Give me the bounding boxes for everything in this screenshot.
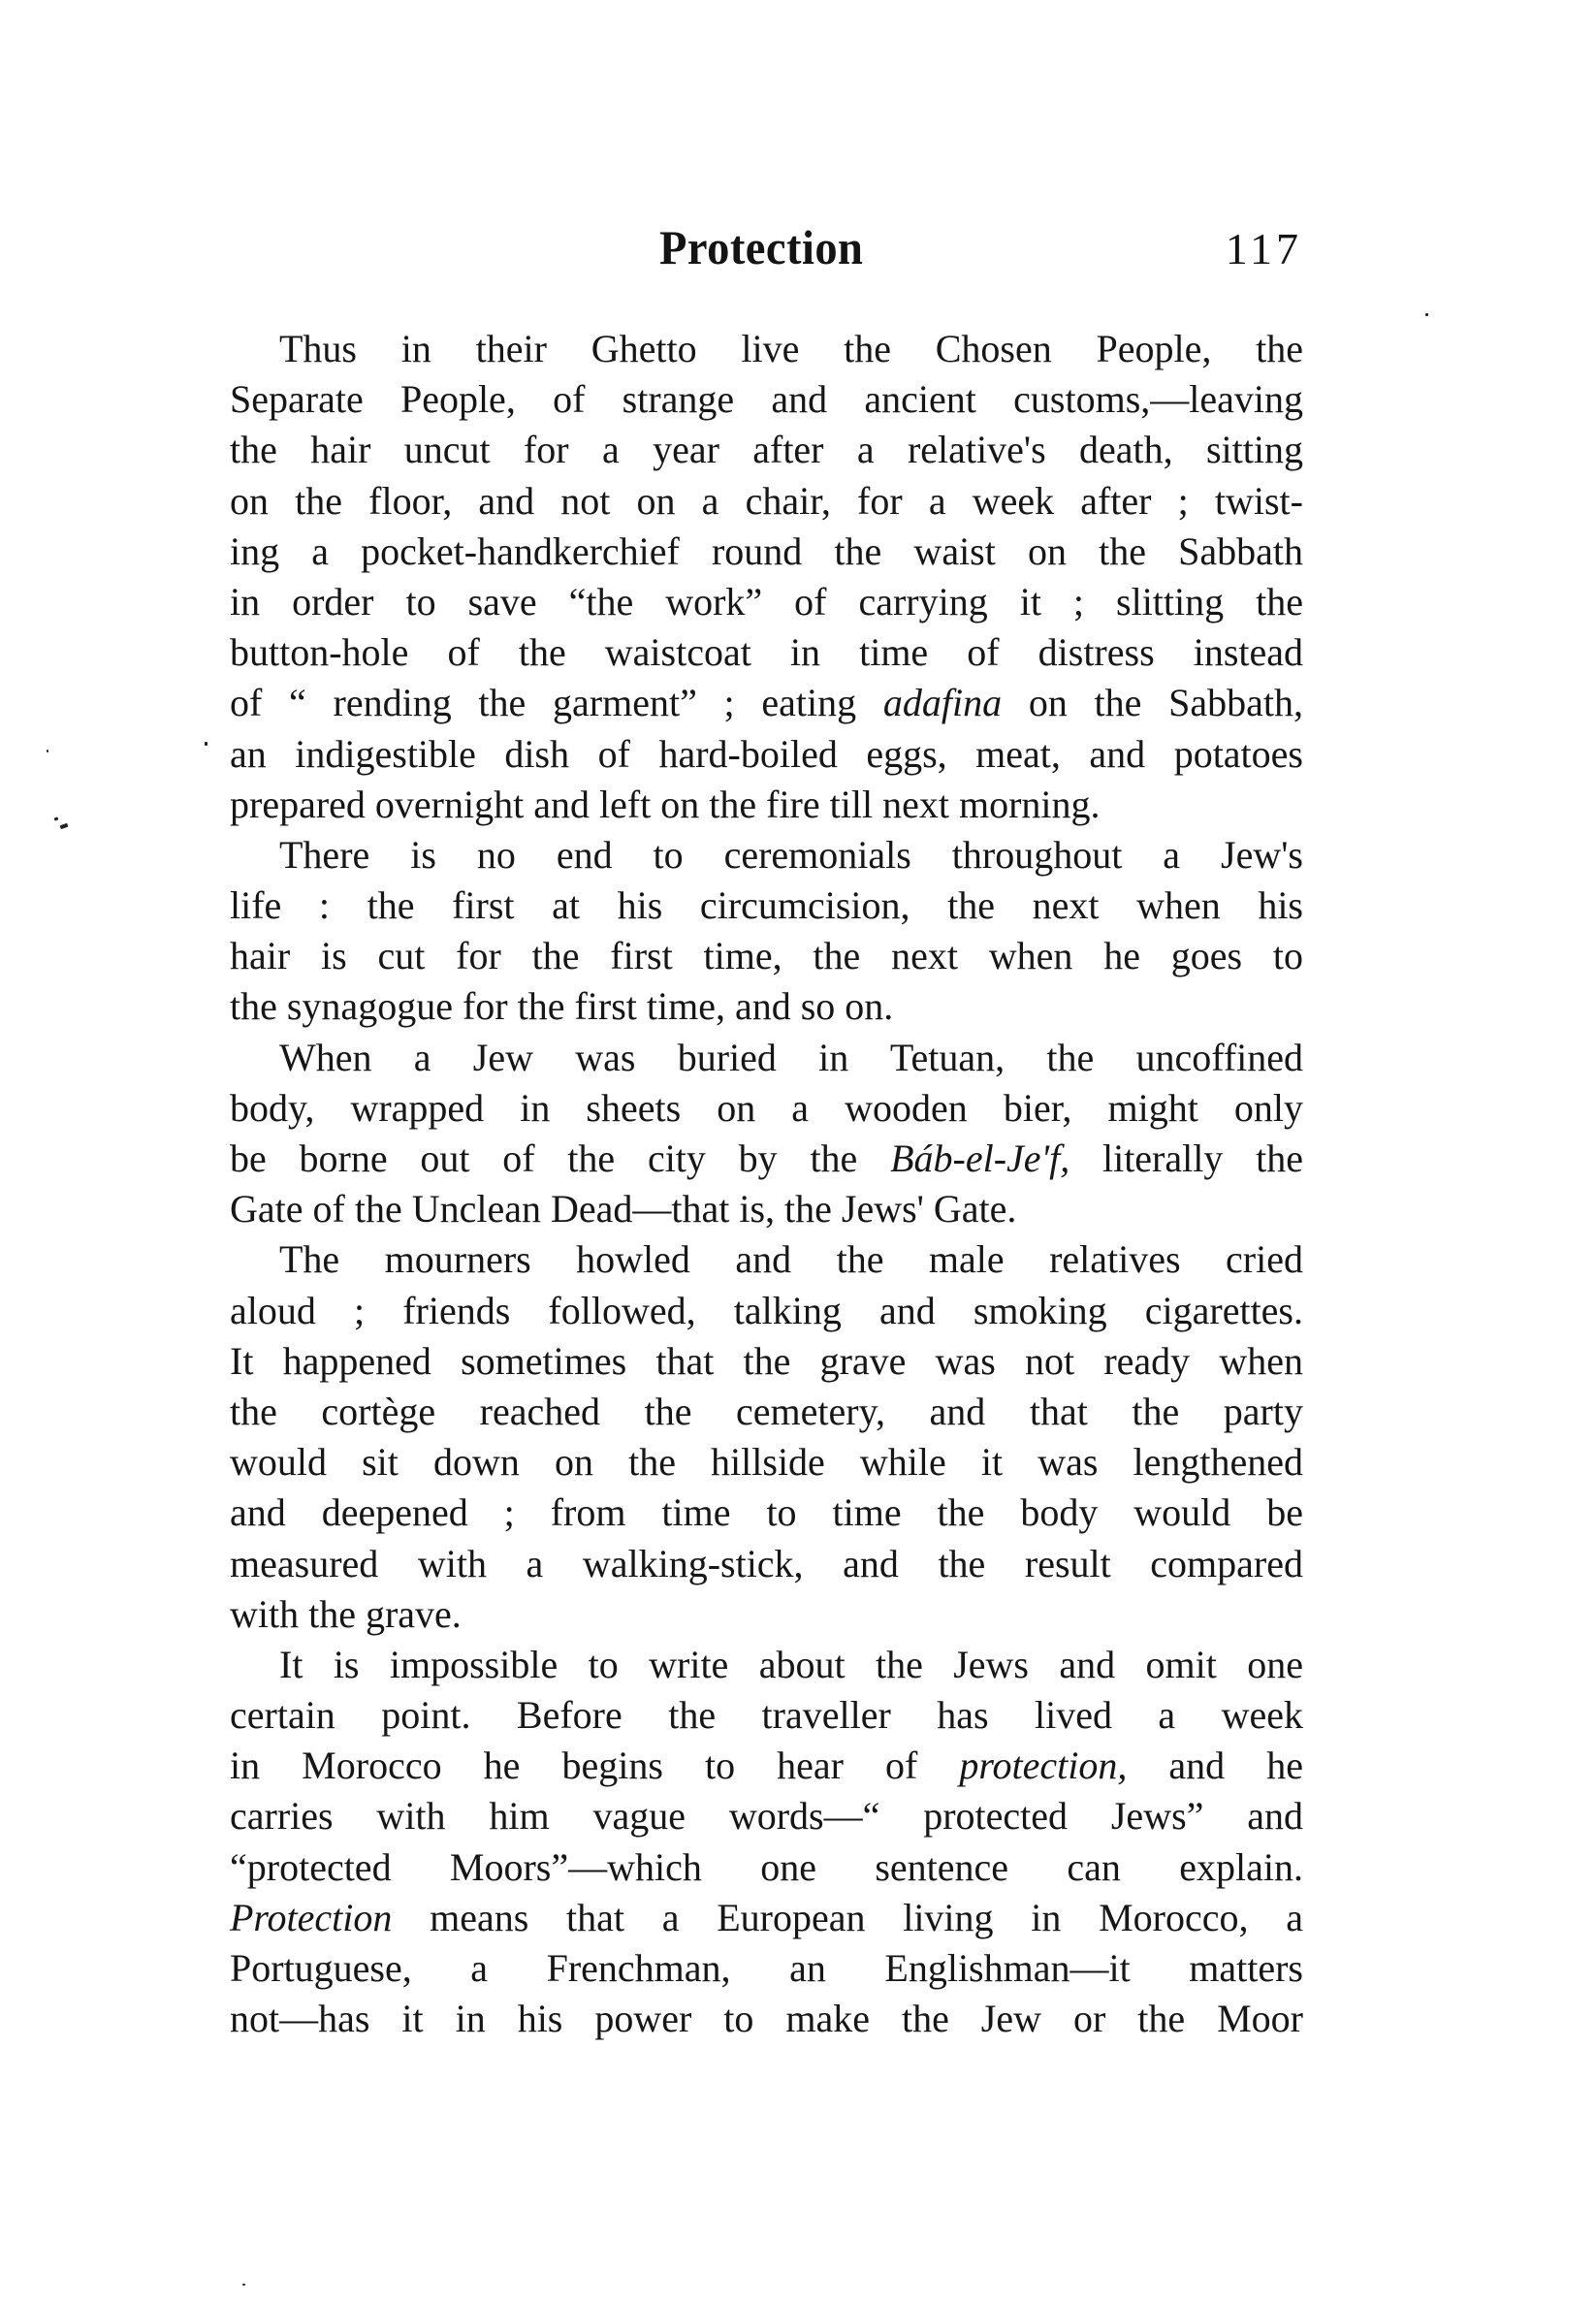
text-line: Protection means that a European living … — [230, 1893, 1303, 1943]
scan-speck — [60, 823, 69, 829]
text-line: There is no end to ceremonials throughou… — [230, 830, 1303, 880]
text-line: ing a pocket-handkerchief round the wais… — [230, 527, 1303, 577]
text-line: It happened sometimes that the grave was… — [230, 1336, 1303, 1387]
italic-term: Báb-el-Je'f, — [890, 1136, 1069, 1180]
text-line: aloud ; friends followed, talking and sm… — [230, 1286, 1303, 1336]
text-run: and he — [1127, 1744, 1303, 1787]
italic-term: protection, — [959, 1744, 1127, 1787]
text-run: in Morocco he begins to hear of — [230, 1744, 959, 1787]
text-line: The mourners howled and the male relativ… — [230, 1234, 1303, 1285]
text-line: button-hole of the waistcoat in time of … — [230, 627, 1303, 678]
text-run: literally the — [1069, 1136, 1303, 1180]
text-line: on the floor, and not on a chair, for a … — [230, 476, 1303, 527]
text-line: Portuguese, a Frenchman, an Englishman—i… — [230, 1943, 1303, 1994]
text-line: with the grave. — [230, 1589, 1303, 1640]
text-line: hair is cut for the first time, the next… — [230, 931, 1303, 981]
paragraph: The mourners howled and the male relativ… — [230, 1234, 1303, 1640]
book-page: Protection 117 Thus in their Ghetto live… — [0, 0, 1596, 2304]
text-run: be borne out of the city by the — [230, 1136, 890, 1180]
paragraph: Thus in their Ghetto live the Chosen Peo… — [230, 324, 1303, 830]
text-run: on the Sabbath, — [1002, 681, 1303, 724]
text-line: body, wrapped in sheets on a wooden bier… — [230, 1083, 1303, 1134]
text-line: be borne out of the city by the Báb-el-J… — [230, 1134, 1303, 1184]
text-line: of “ rending the garment” ; eating adafi… — [230, 678, 1303, 728]
scan-speck — [205, 742, 207, 746]
text-line: an indigestible dish of hard-boiled eggs… — [230, 729, 1303, 780]
italic-term: Protection — [230, 1896, 392, 1939]
scan-speck — [47, 750, 48, 752]
text-line: life : the first at his circumcision, th… — [230, 880, 1303, 931]
text-line: the hair uncut for a year after a relati… — [230, 425, 1303, 475]
text-line: and deepened ; from time to time the bod… — [230, 1488, 1303, 1538]
text-line: It is impossible to write about the Jews… — [230, 1640, 1303, 1690]
text-run: of “ rending the garment” ; eating — [230, 681, 883, 724]
text-line: When a Jew was buried in Tetuan, the unc… — [230, 1033, 1303, 1083]
text-line: certain point. Before the traveller has … — [230, 1690, 1303, 1741]
text-line: carries with him vague words—“ protected… — [230, 1791, 1303, 1841]
scan-speck — [54, 816, 59, 820]
paragraph: It is impossible to write about the Jews… — [230, 1640, 1303, 2045]
text-line: in Morocco he begins to hear of protecti… — [230, 1741, 1303, 1791]
text-run: means that a European living in Morocco,… — [392, 1896, 1303, 1939]
text-line: “protected Moors”—which one sentence can… — [230, 1842, 1303, 1893]
text-line: the synagogue for the first time, and so… — [230, 981, 1303, 1032]
text-line: measured with a walking-stick, and the r… — [230, 1539, 1303, 1589]
text-line: in order to save “the work” of carrying … — [230, 577, 1303, 627]
scan-speck — [242, 2284, 245, 2286]
page-number: 117 — [1226, 223, 1302, 274]
text-line: Thus in their Ghetto live the Chosen Peo… — [230, 324, 1303, 374]
page-header: Protection 117 — [230, 219, 1302, 277]
text-line: Gate of the Unclean Dead—that is, the Je… — [230, 1184, 1303, 1234]
text-line: Separate People, of strange and ancient … — [230, 374, 1303, 425]
text-line: the cortège reached the cemetery, and th… — [230, 1387, 1303, 1437]
running-title: Protection — [659, 219, 863, 275]
body-text: Thus in their Ghetto live the Chosen Peo… — [230, 324, 1303, 2044]
paragraph: There is no end to ceremonials throughou… — [230, 830, 1303, 1033]
paragraph: When a Jew was buried in Tetuan, the unc… — [230, 1033, 1303, 1235]
italic-term: adafina — [883, 681, 1002, 724]
text-line: would sit down on the hillside while it … — [230, 1437, 1303, 1488]
scan-speck — [1425, 313, 1428, 316]
text-line: prepared overnight and left on the fire … — [230, 780, 1303, 830]
text-line: not—has it in his power to make the Jew … — [230, 1994, 1303, 2044]
